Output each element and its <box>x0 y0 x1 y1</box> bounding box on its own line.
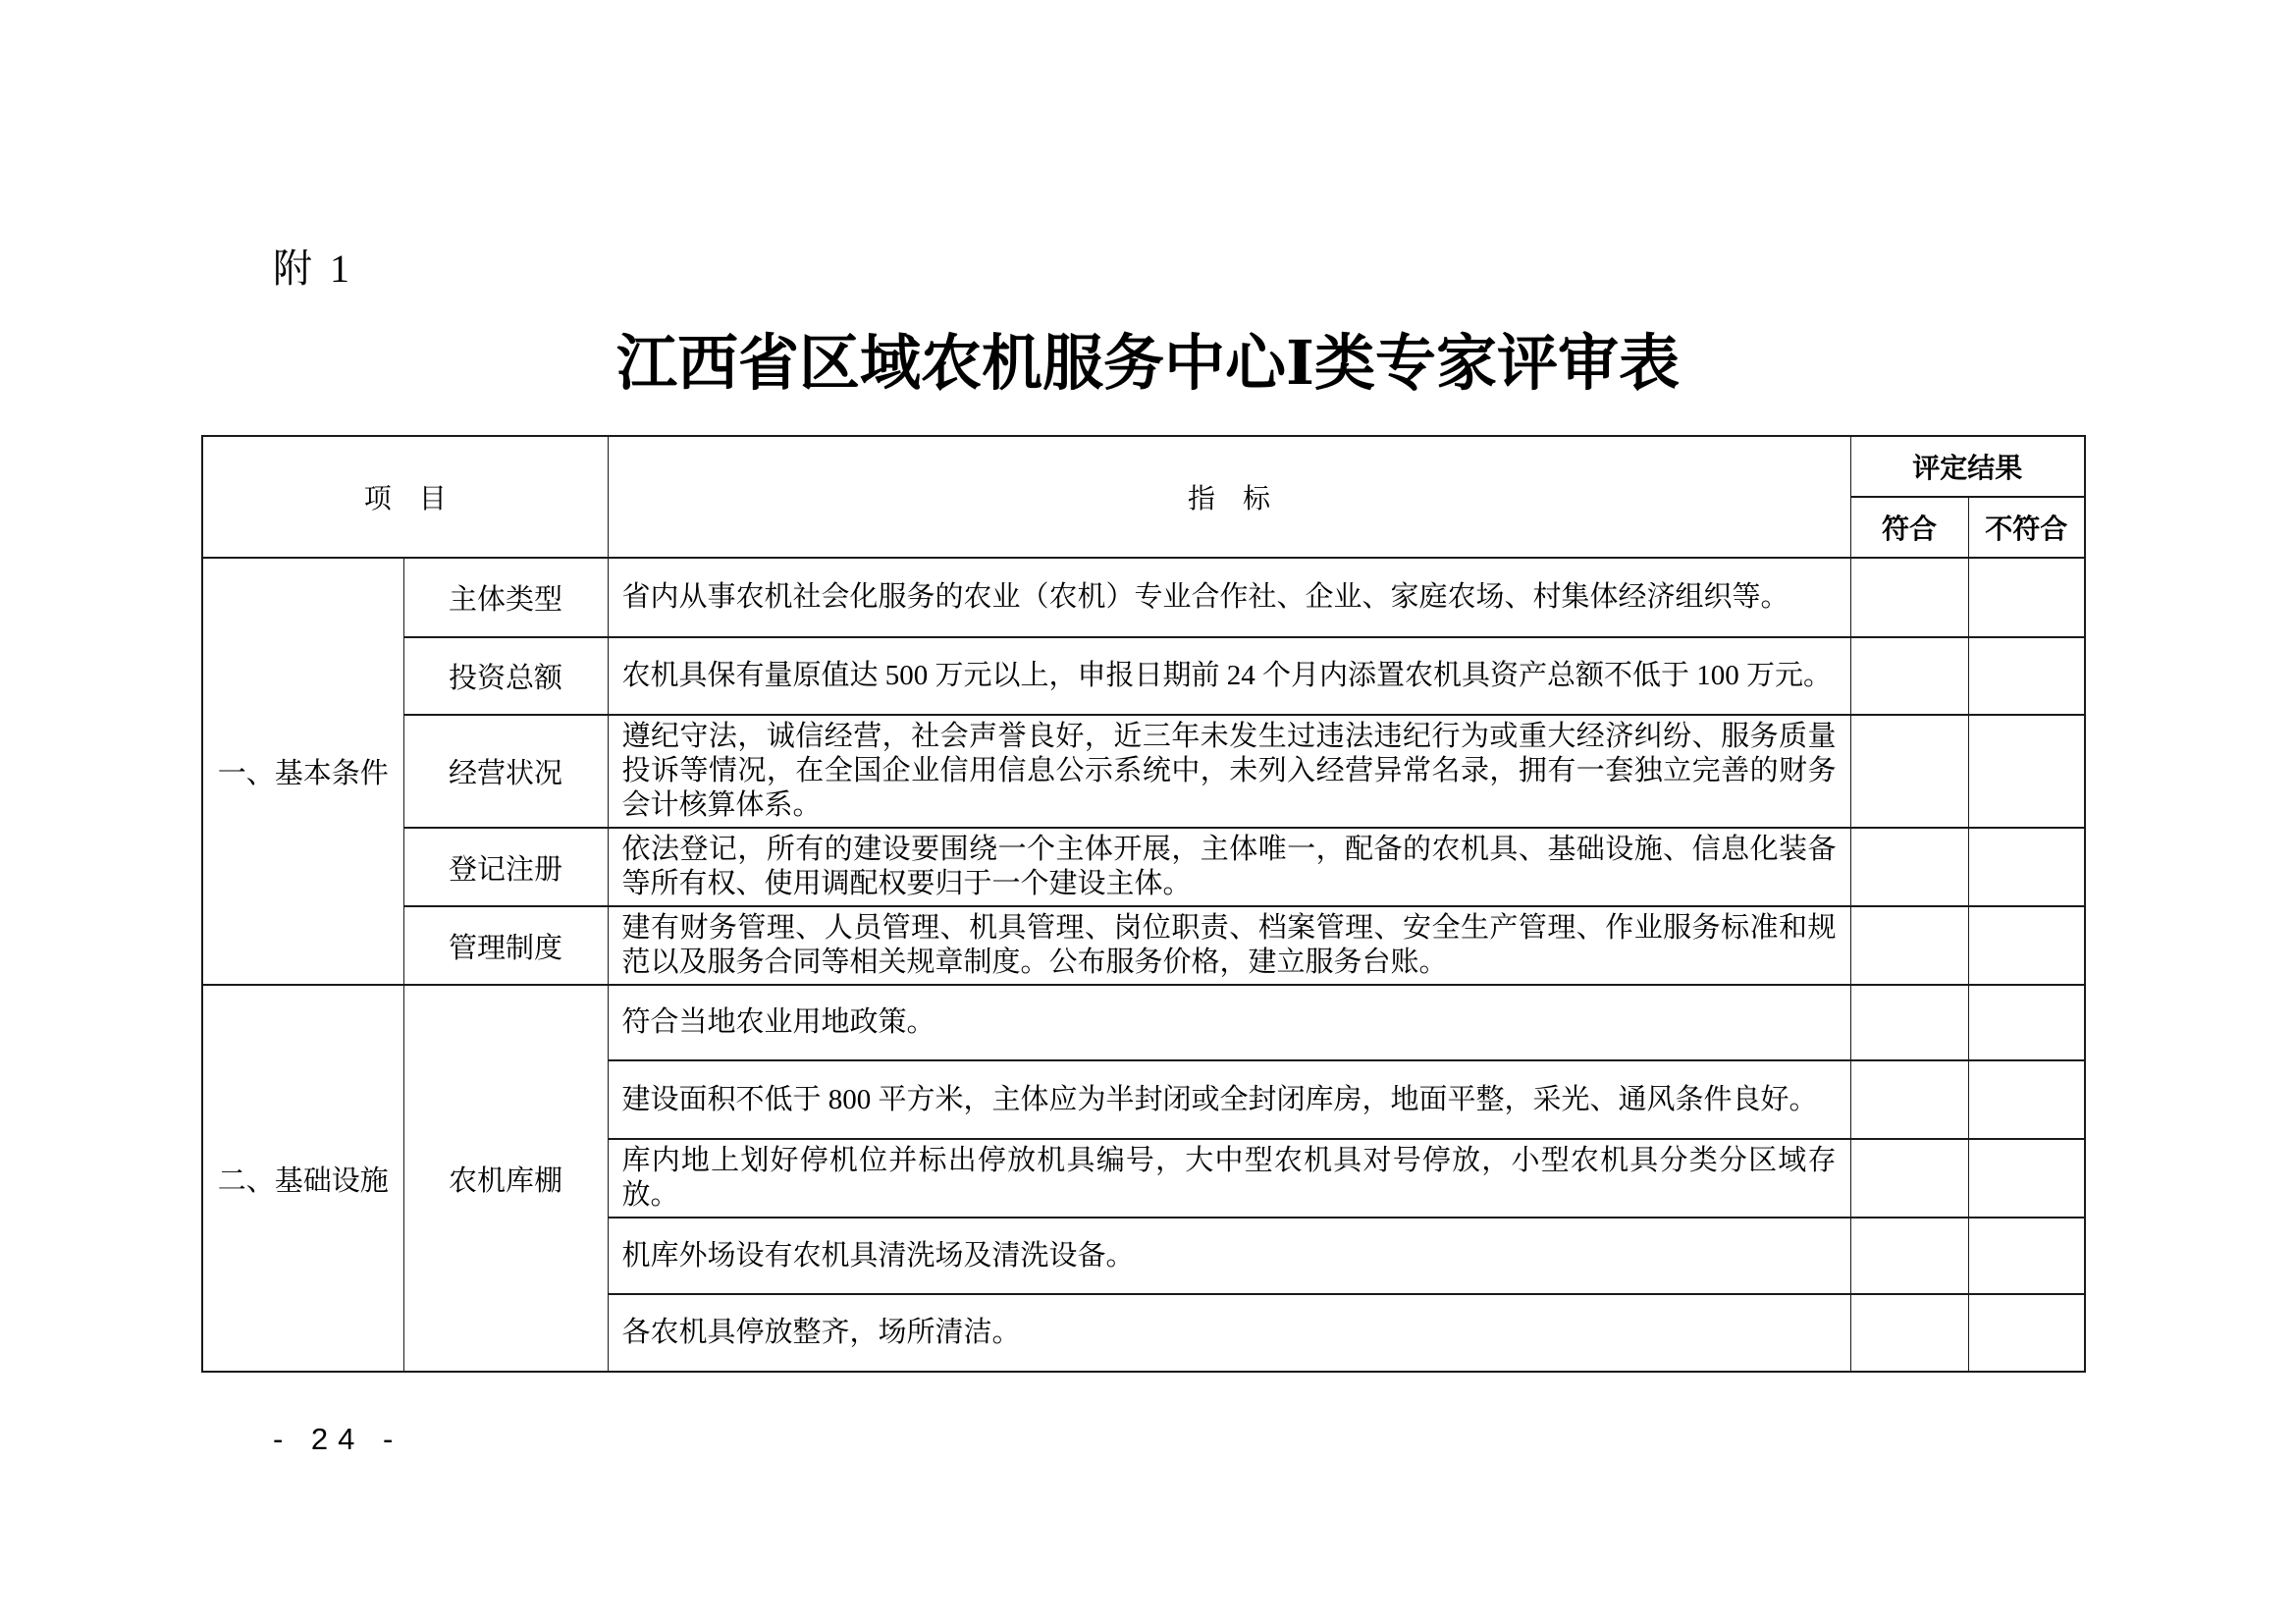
conform-result-cell <box>1850 828 1968 906</box>
table-row: 一、基本条件 主体类型 省内从事农机社会化服务的农业（农机）专业合作社、企业、家… <box>202 558 2085 637</box>
nonconform-result-cell <box>1968 906 2085 985</box>
table-row: 管理制度 建有财务管理、人员管理、机具管理、岗位职责、档案管理、安全生产管理、作… <box>202 906 2085 985</box>
header-conform: 符合 <box>1850 497 1968 558</box>
conform-result-cell <box>1850 906 1968 985</box>
category-cell-basic-conditions: 一、基本条件 <box>202 558 403 985</box>
review-table: 项 目 指 标 评定结果 符合 不符合 一、基本条件 主体类型 省内从事农机社会… <box>201 435 2086 1373</box>
nonconform-result-cell <box>1968 985 2085 1060</box>
header-nonconform: 不符合 <box>1968 497 2085 558</box>
category-cell-infrastructure: 二、基础设施 <box>202 985 403 1372</box>
conform-result-cell <box>1850 1139 1968 1218</box>
subcategory-cell: 登记注册 <box>403 828 608 906</box>
indicator-cell: 机库外场设有农机具清洗场及清洗设备。 <box>608 1218 1850 1294</box>
subcategory-cell: 经营状况 <box>403 715 608 828</box>
header-item: 项 目 <box>202 436 608 558</box>
indicator-cell: 各农机具停放整齐，场所清洁。 <box>608 1294 1850 1372</box>
subcategory-cell-machinery-shed: 农机库棚 <box>403 985 608 1372</box>
page-title: 江西省区域农机服务中心Ⅰ类专家评审表 <box>0 314 2296 402</box>
nonconform-result-cell <box>1968 828 2085 906</box>
conform-result-cell <box>1850 715 1968 828</box>
conform-result-cell <box>1850 1218 1968 1294</box>
table-row: 投资总额 农机具保有量原值达 500 万元以上，申报日期前 24 个月内添置农机… <box>202 637 2085 715</box>
nonconform-result-cell <box>1968 558 2085 637</box>
indicator-cell: 库内地上划好停机位并标出停放机具编号，大中型农机具对号停放，小型农机具分类分区域… <box>608 1139 1850 1218</box>
subcategory-cell: 管理制度 <box>403 906 608 985</box>
indicator-cell: 省内从事农机社会化服务的农业（农机）专业合作社、企业、家庭农场、村集体经济组织等… <box>608 558 1850 637</box>
conform-result-cell <box>1850 985 1968 1060</box>
subcategory-cell: 主体类型 <box>403 558 608 637</box>
conform-result-cell <box>1850 1294 1968 1372</box>
nonconform-result-cell <box>1968 1294 2085 1372</box>
nonconform-result-cell <box>1968 1060 2085 1139</box>
header-indicator: 指 标 <box>608 436 1850 558</box>
header-row-1: 项 目 指 标 评定结果 <box>202 436 2085 497</box>
table-row: 经营状况 遵纪守法，诚信经营，社会声誉良好，近三年未发生过违法违纪行为或重大经济… <box>202 715 2085 828</box>
indicator-cell: 建有财务管理、人员管理、机具管理、岗位职责、档案管理、安全生产管理、作业服务标准… <box>608 906 1850 985</box>
conform-result-cell <box>1850 558 1968 637</box>
indicator-cell: 依法登记，所有的建设要围绕一个主体开展，主体唯一，配备的农机具、基础设施、信息化… <box>608 828 1850 906</box>
table-row: 登记注册 依法登记，所有的建设要围绕一个主体开展，主体唯一，配备的农机具、基础设… <box>202 828 2085 906</box>
nonconform-result-cell <box>1968 1218 2085 1294</box>
indicator-cell: 农机具保有量原值达 500 万元以上，申报日期前 24 个月内添置农机具资产总额… <box>608 637 1850 715</box>
page-number: - 24 - <box>273 1422 402 1457</box>
attachment-label: 附 1 <box>273 238 353 294</box>
conform-result-cell <box>1850 1060 1968 1139</box>
nonconform-result-cell <box>1968 1139 2085 1218</box>
header-result: 评定结果 <box>1850 436 2085 497</box>
subcategory-cell: 投资总额 <box>403 637 608 715</box>
conform-result-cell <box>1850 637 1968 715</box>
nonconform-result-cell <box>1968 637 2085 715</box>
indicator-cell: 建设面积不低于 800 平方米，主体应为半封闭或全封闭库房，地面平整，采光、通风… <box>608 1060 1850 1139</box>
nonconform-result-cell <box>1968 715 2085 828</box>
indicator-cell: 符合当地农业用地政策。 <box>608 985 1850 1060</box>
indicator-cell: 遵纪守法，诚信经营，社会声誉良好，近三年未发生过违法违纪行为或重大经济纠纷、服务… <box>608 715 1850 828</box>
table-row: 二、基础设施 农机库棚 符合当地农业用地政策。 <box>202 985 2085 1060</box>
document-page: 附 1 江西省区域农机服务中心Ⅰ类专家评审表 项 目 指 标 评定结果 符合 不… <box>0 0 2296 1624</box>
